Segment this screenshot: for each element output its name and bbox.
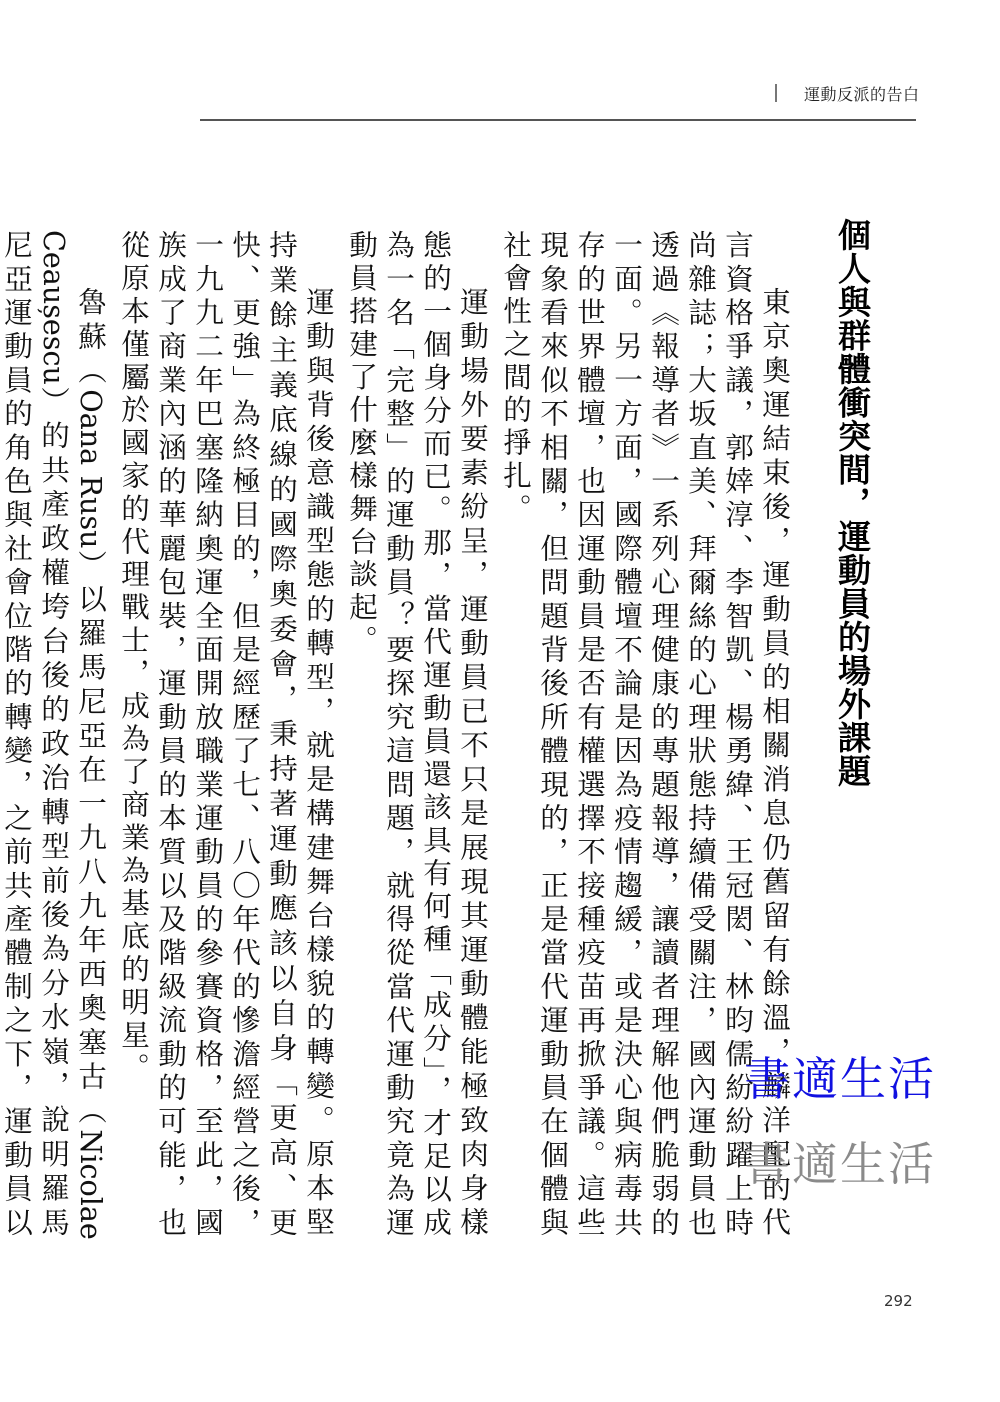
page-number: 292 — [884, 1292, 913, 1310]
paragraph-2: 運動場外要素紛呈，運動員已不只是展現其運動體能極致肉身樣態的一個身分而已。那，當… — [343, 230, 491, 1240]
section-title: 個人與群體衝突間，運動員的場外課題 — [832, 218, 872, 788]
paragraph-3: 運動與背後意識型態的轉型，就是構建舞台樣貌的轉變。原本堅持業餘主義底線的國際奧委… — [115, 230, 337, 1240]
header-separator — [775, 84, 777, 102]
header-rule — [200, 119, 916, 121]
paragraph-4-part-a: 魯蘇（ — [74, 287, 108, 389]
paragraph-4-part-b: ）以羅馬尼亞在一九八九年西奧塞古（ — [74, 549, 108, 1130]
name-oana-rusu: Oana Rusu — [74, 389, 108, 548]
paragraph-4: 魯蘇（Oana Rusu）以羅馬尼亞在一九八九年西奧塞古（Nicolae Cea… — [0, 230, 109, 1240]
body-text: 東京奧運結束後，運動員的相關消息仍舊留有餘溫，麟洋配的代言資格爭議，郭婞淳、李智… — [173, 230, 793, 1240]
running-header-title: 運動反派的告白 — [804, 82, 920, 105]
watermark-secondary: 書適生活 — [744, 1128, 936, 1194]
watermark-primary: 書適生活 — [744, 1043, 936, 1109]
